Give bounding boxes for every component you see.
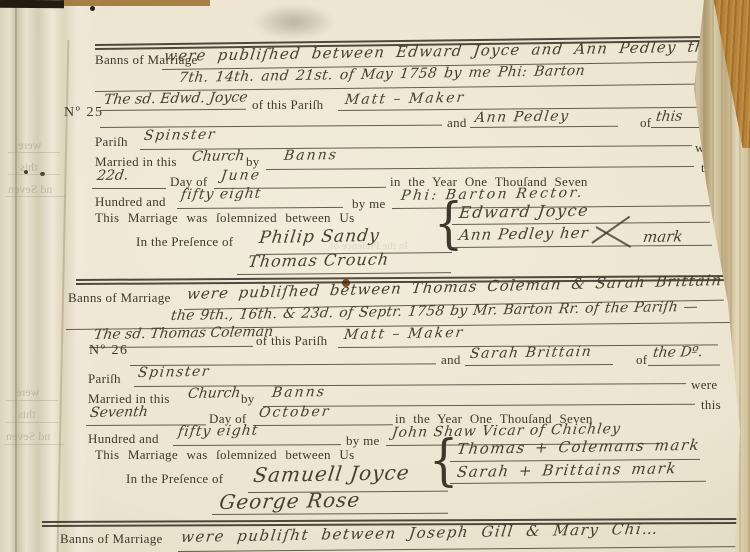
show-through-line	[6, 400, 58, 401]
show-through-line	[4, 444, 64, 445]
ruled-line	[470, 126, 618, 128]
ruled-line	[177, 207, 343, 209]
printed-by: by	[241, 391, 255, 407]
ruled-line	[465, 364, 613, 366]
ruled-line	[651, 127, 699, 128]
handwritten-groom-mark: Thomas + Colemans mark	[456, 436, 701, 458]
ruled-line	[173, 444, 341, 446]
handwritten-banns-line2: 7th. 14th. and 21st. of May 1758 by me P…	[178, 63, 586, 86]
printed-of: of	[636, 352, 647, 368]
entry-number: Nº 25	[64, 105, 103, 121]
handwritten-bride-signature: Ann Pedley her	[458, 224, 590, 244]
handwritten-witness-2: Thomas Crouch	[247, 250, 390, 271]
printed-presence: In the Preſence of	[126, 471, 223, 487]
printed-hundred-and: Hundred and	[95, 194, 166, 210]
ruled-line	[648, 364, 720, 366]
handwritten-church: Church	[191, 148, 245, 165]
show-through-line	[8, 152, 60, 153]
handwritten-month: October	[258, 404, 331, 421]
ruled-line	[237, 272, 451, 275]
ruled-line	[452, 245, 712, 248]
handwritten-occupation: Matt – Maker	[343, 325, 465, 343]
show-through-line	[8, 174, 60, 175]
handwritten-condition: Spinster	[137, 364, 211, 381]
handwritten-method: Banns	[271, 384, 327, 401]
handwritten-condition: Spinster	[143, 127, 217, 144]
show-through-text: were	[16, 385, 39, 400]
handwritten-bride-parish: this	[655, 109, 683, 125]
printed-this: this	[701, 397, 721, 413]
handwritten-method: Banns	[283, 147, 339, 164]
register-page: were this nd Seven were this nd Seven In…	[0, 0, 750, 552]
printed-of: of	[640, 115, 651, 131]
stain	[252, 4, 336, 40]
handwritten-bride-name: Sarah Brittain	[469, 344, 593, 362]
printed-presence: In the Preſence of	[136, 234, 233, 250]
printed-solemnized: This Marriage was ſolemnized between Us	[95, 447, 354, 463]
handwritten-banns-line2: the 9th., 16th. & 23d. of Septr. 1758 by…	[170, 299, 699, 324]
handwritten-bride-name: Ann Pedley	[474, 108, 570, 126]
ruled-line	[450, 481, 706, 484]
handwritten-witness-2: George Rose	[218, 488, 362, 514]
show-through-text: this	[20, 160, 37, 175]
printed-and: and	[447, 115, 467, 131]
handwritten-day: 22d.	[96, 167, 129, 184]
printed-and: and	[441, 352, 461, 368]
entry-number: Nº 26	[89, 343, 128, 359]
printed-solemnized: This Marriage was ſolemnized between Us	[95, 210, 354, 226]
handwritten-year-words: fifty eight	[177, 423, 259, 440]
printed-by-me: by me	[352, 196, 386, 212]
printed-of-this-parish: of this Pariſh	[256, 333, 327, 349]
printed-parish: Pariſh	[95, 134, 128, 150]
handwritten-occupation: Matt – Maker	[344, 90, 466, 108]
handwritten-mark-word: mark	[642, 227, 684, 246]
show-through-text: nd Seven	[8, 182, 52, 197]
printed-were: were	[691, 377, 717, 393]
handwritten-groom-name: The sd. Thomas Coleman	[93, 324, 274, 343]
book-cover-edge	[0, 0, 64, 8]
handwritten-groom-name: The sd. Edwd. Joyce	[103, 90, 249, 108]
handwritten-witness-1: Philip Sandy	[258, 226, 381, 248]
speck	[90, 6, 95, 11]
register-scan: were this nd Seven were this nd Seven In…	[0, 0, 750, 552]
printed-banns-label: Banns of Marriage	[60, 531, 163, 547]
printed-of-this-parish: of this Pariſh	[252, 97, 323, 113]
ruled-line	[266, 166, 694, 170]
handwritten-church: Church	[187, 385, 241, 402]
handwritten-bride-parish: the Dº.	[652, 344, 704, 361]
show-through-text: were	[18, 138, 41, 153]
handwritten-witness-1: Samuell Joyce	[252, 460, 411, 487]
x-mark	[591, 216, 630, 244]
handwritten-bride-mark: Sarah + Brittains mark	[456, 459, 678, 481]
page-crease	[15, 0, 17, 552]
printed-banns-label: Banns of Marriage	[68, 290, 171, 306]
ruled-line	[253, 424, 393, 426]
handwritten-year-words: fifty eight	[180, 186, 262, 203]
handwritten-month: June	[220, 167, 262, 184]
ruled-line	[100, 109, 246, 111]
show-through-text: nd Seven	[6, 429, 50, 444]
show-through-text: this	[18, 407, 35, 422]
ruled-line	[178, 546, 738, 552]
printed-hundred-and: Hundred and	[88, 431, 159, 447]
wooden-table-sliver	[60, 0, 210, 6]
ruled-line	[92, 188, 166, 189]
handwritten-day: Seventh	[89, 404, 149, 421]
handwritten-groom-signature: Edward Joyce	[458, 201, 590, 222]
ruled-line	[212, 513, 448, 515]
show-through-line	[6, 422, 58, 423]
printed-parish: Pariſh	[88, 371, 121, 387]
show-through-line	[6, 196, 66, 197]
